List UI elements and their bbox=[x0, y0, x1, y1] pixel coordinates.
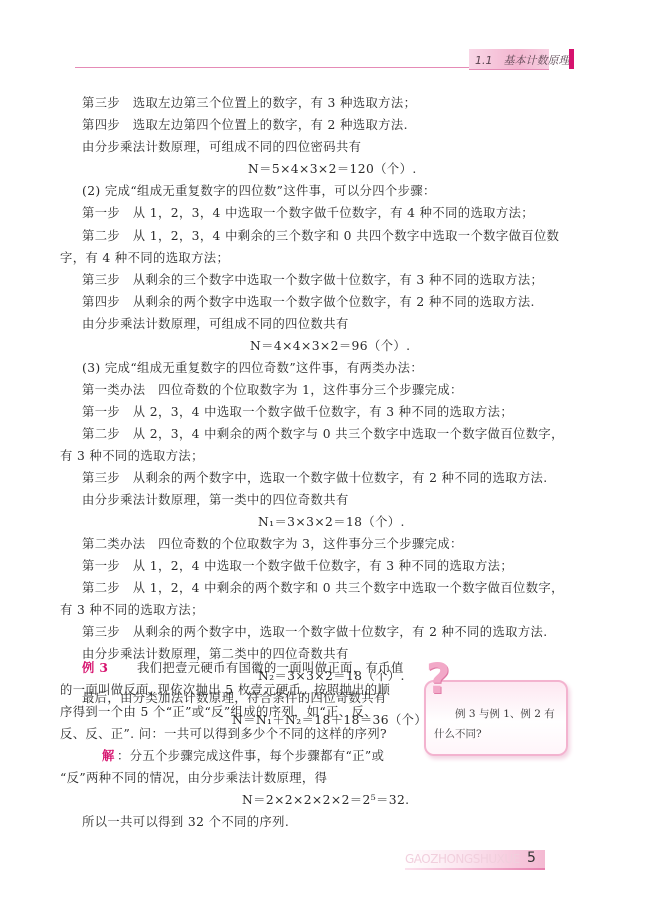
text-line: 所以一共可以得到 32 个不同的序列. bbox=[82, 814, 289, 830]
text-line: 由分步乘法计数原理，可组成不同的四位数共有 bbox=[82, 316, 349, 332]
formula-line: N＝4×4×3×2＝96（个）. bbox=[250, 338, 410, 354]
formula-line: N＝2×2×2×2×2＝2⁵＝32. bbox=[242, 792, 410, 808]
header-rule bbox=[75, 67, 480, 68]
text-line: 第二步 从 1，2，4 中剩余的两个数字和 0 共三个数字中选取一个数字做百位数… bbox=[82, 580, 564, 596]
text-line: (3) 完成“组成无重复数字的四位奇数”这件事，有两类办法： bbox=[82, 360, 423, 376]
text-line: 有 3 种不同的选取方法； bbox=[60, 602, 204, 618]
text-line: 第三步 选取左边第三个位置上的数字，有 3 种选取方法； bbox=[82, 95, 416, 111]
footer-brand: GAOZHONGSHUXUE bbox=[405, 852, 520, 866]
example-label: 例 3 bbox=[82, 660, 108, 676]
text-line: ：分五个步骤完成这件事，每个步骤都有“正”或 bbox=[117, 748, 384, 764]
section-title: 1.1 基本计数原理 bbox=[475, 52, 570, 68]
footer-rule bbox=[405, 868, 545, 870]
text-line: 第二步 从 2，3，4 中剩余的两个数字与 0 共三个数字中选取一个数字做百位数… bbox=[82, 426, 564, 442]
formula-line: N₁＝3×3×2＝18（个）. bbox=[258, 514, 405, 530]
text-line: 由分步乘法计数原理，可组成不同的四位密码共有 bbox=[82, 139, 361, 155]
header-accent-mark bbox=[569, 49, 574, 69]
callout-text: 例 3 与例 1、例 2 有什么不同? bbox=[434, 704, 562, 744]
text-line: 第一步 从 1，2，3，4 中选取一个数字做千位数字，有 4 种不同的选取方法； bbox=[82, 205, 534, 221]
page-number: 5 bbox=[527, 850, 536, 866]
text-line: 第一类办法 四位奇数的个位取数字为 1，这件事分三个步骤完成： bbox=[82, 382, 463, 398]
text-line: 第一步 从 1，2，4 中选取一个数字做千位数字，有 3 种不同的选取方法； bbox=[82, 558, 513, 574]
text-line: 第三步 从剩余的两个数字中，选取一个数字做十位数字，有 2 种不同的选取方法. bbox=[82, 624, 548, 640]
text-line: 第二类办法 四位奇数的个位取数字为 3，这件事分三个步骤完成： bbox=[82, 536, 463, 552]
text-line: 第一步 从 2，3，4 中选取一个数字做千位数字，有 3 种不同的选取方法； bbox=[82, 404, 513, 420]
text-line: 字，有 4 种不同的选取方法； bbox=[60, 250, 229, 266]
text-line: 序得到一个由 5 个“正”或“反”组成的序列，如“正、反、 bbox=[60, 704, 377, 720]
text-line: “反”两种不同的情况，由分步乘法计数原理，得 bbox=[60, 770, 327, 786]
formula-line: N＝5×4×3×2＝120（个）. bbox=[248, 161, 417, 177]
solution-label: 解 bbox=[102, 748, 115, 764]
text-line: 我们把壹元硬币有国徽的一面叫做正面，有币值 bbox=[137, 660, 404, 676]
text-line: 反、反、正”. 问：一共可以得到多少个不同的这样的序列? bbox=[60, 726, 387, 742]
section-tab: 1.1 基本计数原理 bbox=[469, 49, 549, 70]
text-line: (2) 完成“组成无重复数字的四位数”这件事，可以分四个步骤： bbox=[82, 183, 436, 199]
text-line: 第二步 从 1，2，3，4 中剩余的三个数字和 0 共四个数字中选取一个数字做百… bbox=[82, 228, 559, 244]
text-line: 有 3 种不同的选取方法； bbox=[60, 448, 204, 464]
text-line: 的一面叫做反面. 现依次抛出 5 枚壹元硬币，按照抛出的顺 bbox=[60, 682, 390, 698]
text-line: 第三步 从剩余的三个数字中选取一个数字做十位数字，有 3 种不同的选取方法； bbox=[82, 272, 543, 288]
text-line: 由分步乘法计数原理，第一类中的四位奇数共有 bbox=[82, 492, 349, 508]
question-mark-icon: ? bbox=[426, 658, 450, 700]
text-line: 第四步 选取左边第四个位置上的数字，有 2 种选取方法. bbox=[82, 117, 408, 133]
text-line: 第四步 从剩余的两个数字中选取一个数字做个位数字，有 2 种不同的选取方法. bbox=[82, 294, 535, 310]
text-line: 第三步 从剩余的两个数字中，选取一个数字做十位数字，有 2 种不同的选取方法. bbox=[82, 470, 548, 486]
